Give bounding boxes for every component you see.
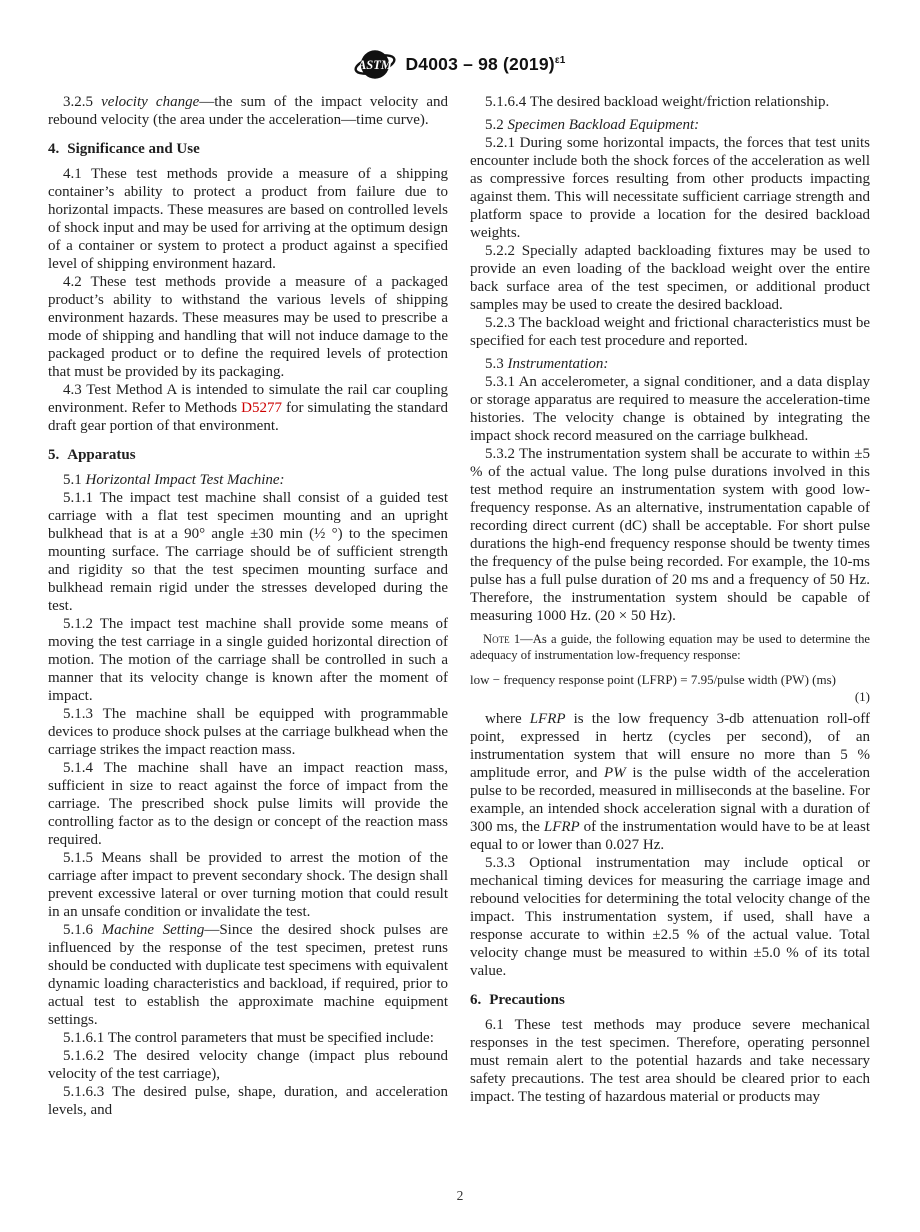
text-segment: 5.3	[485, 356, 508, 372]
astm-logo-text: ASTM	[357, 58, 393, 72]
section-number: 5.	[48, 447, 59, 463]
paragraph: 5.3.2 The instrumentation system shall b…	[470, 445, 870, 625]
text-segment: 5.1.5 Means shall be provided to arrest …	[48, 850, 448, 920]
text-segment: 5.1	[63, 472, 86, 488]
text-segment: 5.1.2 The impact test machine shall prov…	[48, 616, 448, 704]
text-segment: 5.1.6.3 The desired pulse, shape, durati…	[48, 1084, 448, 1118]
text-segment: 5.2.1 During some horizontal impacts, th…	[470, 135, 870, 241]
paragraph: 5.2.1 During some horizontal impacts, th…	[470, 134, 870, 242]
text-segment: 5.3.1 An accelerometer, a signal conditi…	[470, 374, 870, 444]
paragraph: where LFRP is the low frequency 3-db att…	[470, 710, 870, 854]
text-segment: PW	[604, 765, 626, 781]
paragraph: 5.1.1 The impact test machine shall cons…	[48, 489, 448, 615]
section-title: Apparatus	[67, 447, 135, 463]
subsection-heading: 5.3 Instrumentation:	[470, 355, 870, 373]
paragraph: 5.1.4 The machine shall have an impact r…	[48, 759, 448, 849]
document-header: ASTM D4003 – 98 (2019)ε1	[0, 0, 920, 83]
document-title: D4003 – 98 (2019)ε1	[405, 54, 565, 75]
astm-logo-graphic: ASTM	[354, 46, 396, 83]
text-segment: Specimen Backload Equipment:	[508, 117, 700, 133]
paragraph: 5.1.6.2 The desired velocity change (imp…	[48, 1047, 448, 1083]
section-heading: 5.Apparatus	[48, 446, 448, 464]
text-segment: 5.1.4 The machine shall have an impact r…	[48, 760, 448, 848]
text-segment: 3.2.5	[63, 94, 101, 110]
subsection-heading: 5.1 Horizontal Impact Test Machine:	[48, 471, 448, 489]
document-footer: 2	[0, 1188, 920, 1204]
document-page: ASTM D4003 – 98 (2019)ε1 3.2.5 velocity …	[0, 0, 920, 1232]
standard-designation: D4003 – 98 (2019)	[405, 54, 554, 74]
left-column: 3.2.5 velocity change—the sum of the imp…	[48, 93, 448, 1119]
text-segment: Instrumentation:	[508, 356, 609, 372]
note-paragraph: Note 1—As a guide, the following equatio…	[470, 632, 870, 663]
text-segment: velocity change	[101, 94, 199, 110]
text-segment: 5.1.6	[63, 922, 102, 938]
subsection-heading: 5.2 Specimen Backload Equipment:	[470, 116, 870, 134]
paragraph: 4.1 These test methods provide a measure…	[48, 165, 448, 273]
paragraph: 5.1.6.1 The control parameters that must…	[48, 1029, 448, 1047]
text-segment: 6.1 These test methods may produce sever…	[470, 1017, 870, 1105]
section-title: Precautions	[489, 992, 565, 1008]
text-segment: Horizontal Impact Test Machine:	[86, 472, 285, 488]
paragraph: 4.2 These test methods provide a measure…	[48, 273, 448, 381]
paragraph: 4.3 Test Method A is intended to simulat…	[48, 381, 448, 435]
designation-superscript: ε1	[555, 55, 566, 66]
text-segment: where	[485, 711, 530, 727]
text-segment: 4.2 These test methods provide a measure…	[48, 274, 448, 380]
paragraph: 3.2.5 velocity change—the sum of the imp…	[48, 93, 448, 129]
text-segment: 5.3.3 Optional instrumentation may inclu…	[470, 855, 870, 979]
text-segment: LFRP	[544, 819, 580, 835]
text-segment: 5.1.3 The machine shall be equipped with…	[48, 706, 448, 758]
paragraph: 5.3.3 Optional instrumentation may inclu…	[470, 854, 870, 980]
text-segment: 5.1.6.4 The desired backload weight/fric…	[485, 94, 829, 110]
text-segment: 5.1.6.2 The desired velocity change (imp…	[48, 1048, 448, 1082]
reference-link[interactable]: D5277	[241, 400, 282, 416]
section-heading: 4.Significance and Use	[48, 140, 448, 158]
section-number: 6.	[470, 992, 481, 1008]
paragraph: 5.1.3 The machine shall be equipped with…	[48, 705, 448, 759]
text-segment: Machine Setting	[102, 922, 205, 938]
astm-logo: ASTM	[354, 46, 396, 83]
text-segment: 5.1.6.1 The control parameters that must…	[63, 1030, 434, 1046]
section-heading: 6.Precautions	[470, 991, 870, 1009]
text-segment: 5.2	[485, 117, 508, 133]
section-title: Significance and Use	[67, 141, 200, 157]
equation-number: (1)	[470, 689, 870, 705]
paragraph: 5.2.3 The backload weight and frictional…	[470, 314, 870, 350]
text-segment: 4.1 These test methods provide a measure…	[48, 166, 448, 272]
text-segment: Note	[483, 632, 510, 646]
paragraph: 5.1.6 Machine Setting—Since the desired …	[48, 921, 448, 1029]
section-number: 4.	[48, 141, 59, 157]
equation: low − frequency response point (LFRP) = …	[470, 671, 870, 705]
right-column: 5.1.6.4 The desired backload weight/fric…	[470, 93, 870, 1119]
paragraph: 5.1.5 Means shall be provided to arrest …	[48, 849, 448, 921]
text-segment: 5.2.3 The backload weight and frictional…	[470, 315, 870, 349]
paragraph: 5.2.2 Specially adapted backloading fixt…	[470, 242, 870, 314]
text-segment: 5.1.1 The impact test machine shall cons…	[48, 490, 448, 614]
document-body: 3.2.5 velocity change—the sum of the imp…	[48, 93, 872, 1119]
paragraph: 5.1.6.4 The desired backload weight/fric…	[470, 93, 870, 111]
paragraph: 6.1 These test methods may produce sever…	[470, 1016, 870, 1106]
paragraph: 5.3.1 An accelerometer, a signal conditi…	[470, 373, 870, 445]
equation-formula: low − frequency response point (LFRP) = …	[470, 671, 870, 689]
text-segment: LFRP	[530, 711, 566, 727]
paragraph: 5.1.6.3 The desired pulse, shape, durati…	[48, 1083, 448, 1119]
text-segment: 5.2.2 Specially adapted backloading fixt…	[470, 243, 870, 313]
paragraph: 5.1.2 The impact test machine shall prov…	[48, 615, 448, 705]
text-segment: 5.3.2 The instrumentation system shall b…	[470, 446, 870, 624]
page-number: 2	[457, 1188, 464, 1203]
text-segment: 1—As a guide, the following equation may…	[470, 632, 870, 662]
